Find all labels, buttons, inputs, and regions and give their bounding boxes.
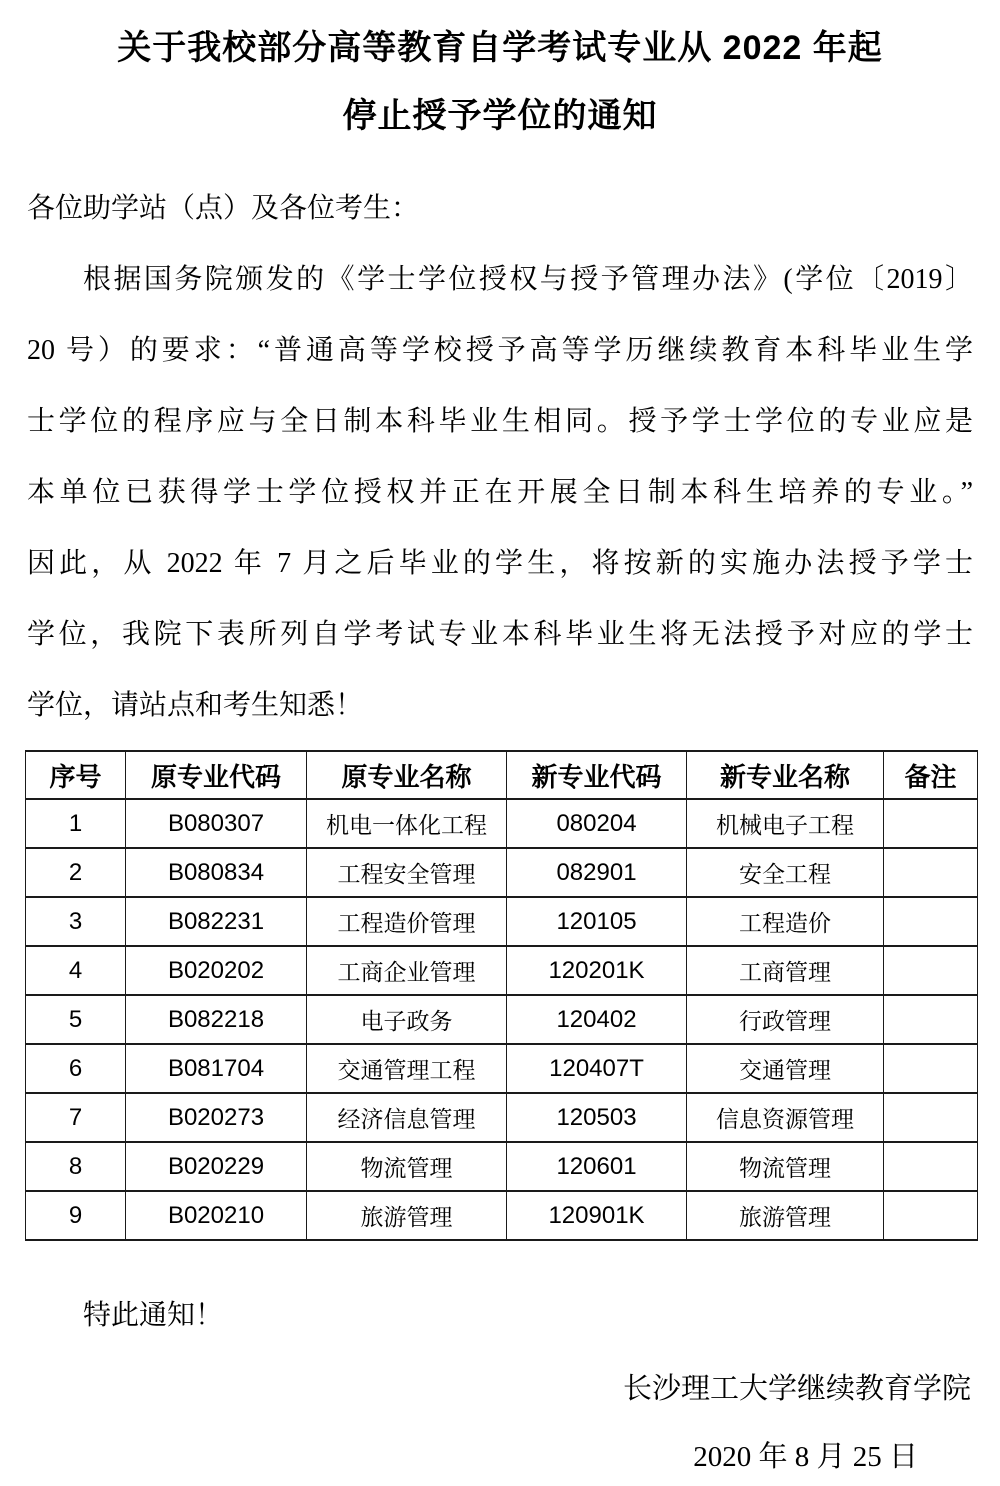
paragraph-line: 学位，请站点和考生知悉！ [27, 670, 973, 741]
table-row: 1B080307机电一体化工程080204机械电子工程 [26, 799, 978, 848]
table-cell: B020229 [126, 1142, 307, 1191]
table-cell: 机械电子工程 [687, 799, 884, 848]
table-cell [884, 799, 978, 848]
table-cell: B081704 [126, 1044, 307, 1093]
table-cell: 3 [26, 897, 126, 946]
table-cell [884, 946, 978, 995]
table-header-cell: 新专业名称 [687, 751, 884, 799]
salutation: 各位助学站（点）及各位考生： [27, 173, 973, 244]
notice-body: 各位助学站（点）及各位考生： 根据国务院颁发的《学士学位授权与授予管理办法》(学… [25, 173, 975, 741]
table-header-cell: 新专业代码 [507, 751, 687, 799]
table-row: 5B082218电子政务120402行政管理 [26, 995, 978, 1044]
table-row: 6B081704交通管理工程120407T交通管理 [26, 1044, 978, 1093]
table-cell: 120407T [507, 1044, 687, 1093]
paragraph-line: 根据国务院颁发的《学士学位授权与授予管理办法》(学位〔2019〕 [27, 244, 973, 315]
table-cell: 9 [26, 1191, 126, 1240]
table-header-cell: 序号 [26, 751, 126, 799]
table-cell [884, 1191, 978, 1240]
closing-line: 特此通知！ [25, 1296, 975, 1336]
paragraph-line: 士学位的程序应与全日制本科毕业生相同。授予学士学位的专业应是 [27, 386, 973, 457]
signature-org: 长沙理工大学继续教育学院 [25, 1369, 975, 1409]
table-cell: 7 [26, 1093, 126, 1142]
table-cell: 安全工程 [687, 848, 884, 897]
table-cell: 120601 [507, 1142, 687, 1191]
table-cell: 交通管理 [687, 1044, 884, 1093]
table-cell: 080204 [507, 799, 687, 848]
table-cell: 电子政务 [307, 995, 507, 1044]
table-header-row: 序号原专业代码原专业名称新专业代码新专业名称备注 [26, 751, 978, 799]
table-cell: 行政管理 [687, 995, 884, 1044]
table-cell: 120901K [507, 1191, 687, 1240]
table-cell: B020202 [126, 946, 307, 995]
table-header-cell: 原专业名称 [307, 751, 507, 799]
table-cell [884, 897, 978, 946]
table-cell: 经济信息管理 [307, 1093, 507, 1142]
table-cell: 工程安全管理 [307, 848, 507, 897]
table-cell: B082231 [126, 897, 307, 946]
notice-title-line-1: 关于我校部分高等教育自学考试专业从 2022 年起 [25, 14, 975, 82]
table-cell: 工商管理 [687, 946, 884, 995]
paragraph-line: 20 号）的要求：“普通高等学校授予高等学历继续教育本科毕业生学 [27, 315, 973, 386]
table-cell: 1 [26, 799, 126, 848]
notice-document: 关于我校部分高等教育自学考试专业从 2022 年起 停止授予学位的通知 各位助学… [0, 0, 1000, 1486]
table-row: 2B080834工程安全管理082901安全工程 [26, 848, 978, 897]
table-cell: 082901 [507, 848, 687, 897]
paragraph-line: 因此，从 2022 年 7 月之后毕业的学生，将按新的实施办法授予学士 [27, 528, 973, 599]
table-cell: 信息资源管理 [687, 1093, 884, 1142]
table-cell [884, 1093, 978, 1142]
table-cell: 旅游管理 [687, 1191, 884, 1240]
table-cell: 工程造价 [687, 897, 884, 946]
table-row: 9B020210旅游管理120901K旅游管理 [26, 1191, 978, 1240]
table-cell: 8 [26, 1142, 126, 1191]
table-cell: 物流管理 [307, 1142, 507, 1191]
table-row: 8B020229物流管理120601物流管理 [26, 1142, 978, 1191]
signature-date: 2020 年 8 月 25 日 [25, 1437, 975, 1477]
table-cell: 机电一体化工程 [307, 799, 507, 848]
majors-mapping-table: 序号原专业代码原专业名称新专业代码新专业名称备注 1B080307机电一体化工程… [25, 750, 978, 1241]
table-cell: 4 [26, 946, 126, 995]
table-cell: 旅游管理 [307, 1191, 507, 1240]
paragraph-line: 本单位已获得学士学位授权并正在开展全日制本科生培养的专业。” [27, 457, 973, 528]
table-cell: 120402 [507, 995, 687, 1044]
table-cell: B080307 [126, 799, 307, 848]
table-cell: B082218 [126, 995, 307, 1044]
table-header-cell: 原专业代码 [126, 751, 307, 799]
paragraph-line: 学位，我院下表所列自学考试专业本科毕业生将无法授予对应的学士 [27, 599, 973, 670]
table-cell: B020210 [126, 1191, 307, 1240]
table-cell [884, 1044, 978, 1093]
table-cell: B020273 [126, 1093, 307, 1142]
table-row: 7B020273经济信息管理120503信息资源管理 [26, 1093, 978, 1142]
table-cell: B080834 [126, 848, 307, 897]
notice-title-line-2: 停止授予学位的通知 [25, 82, 975, 150]
table-cell: 工商企业管理 [307, 946, 507, 995]
table-row: 3B082231工程造价管理120105工程造价 [26, 897, 978, 946]
table-cell: 6 [26, 1044, 126, 1093]
table-cell [884, 1142, 978, 1191]
table-cell: 交通管理工程 [307, 1044, 507, 1093]
table-cell: 120105 [507, 897, 687, 946]
table-cell: 工程造价管理 [307, 897, 507, 946]
table-cell: 120201K [507, 946, 687, 995]
table-cell [884, 848, 978, 897]
notice-title: 关于我校部分高等教育自学考试专业从 2022 年起 停止授予学位的通知 [25, 14, 975, 150]
table-cell [884, 995, 978, 1044]
notice-paragraph: 根据国务院颁发的《学士学位授权与授予管理办法》(学位〔2019〕20 号）的要求… [27, 244, 973, 741]
table-header-cell: 备注 [884, 751, 978, 799]
table-cell: 2 [26, 848, 126, 897]
table-cell: 120503 [507, 1093, 687, 1142]
table-cell: 物流管理 [687, 1142, 884, 1191]
table-row: 4B020202工商企业管理120201K工商管理 [26, 946, 978, 995]
table-cell: 5 [26, 995, 126, 1044]
